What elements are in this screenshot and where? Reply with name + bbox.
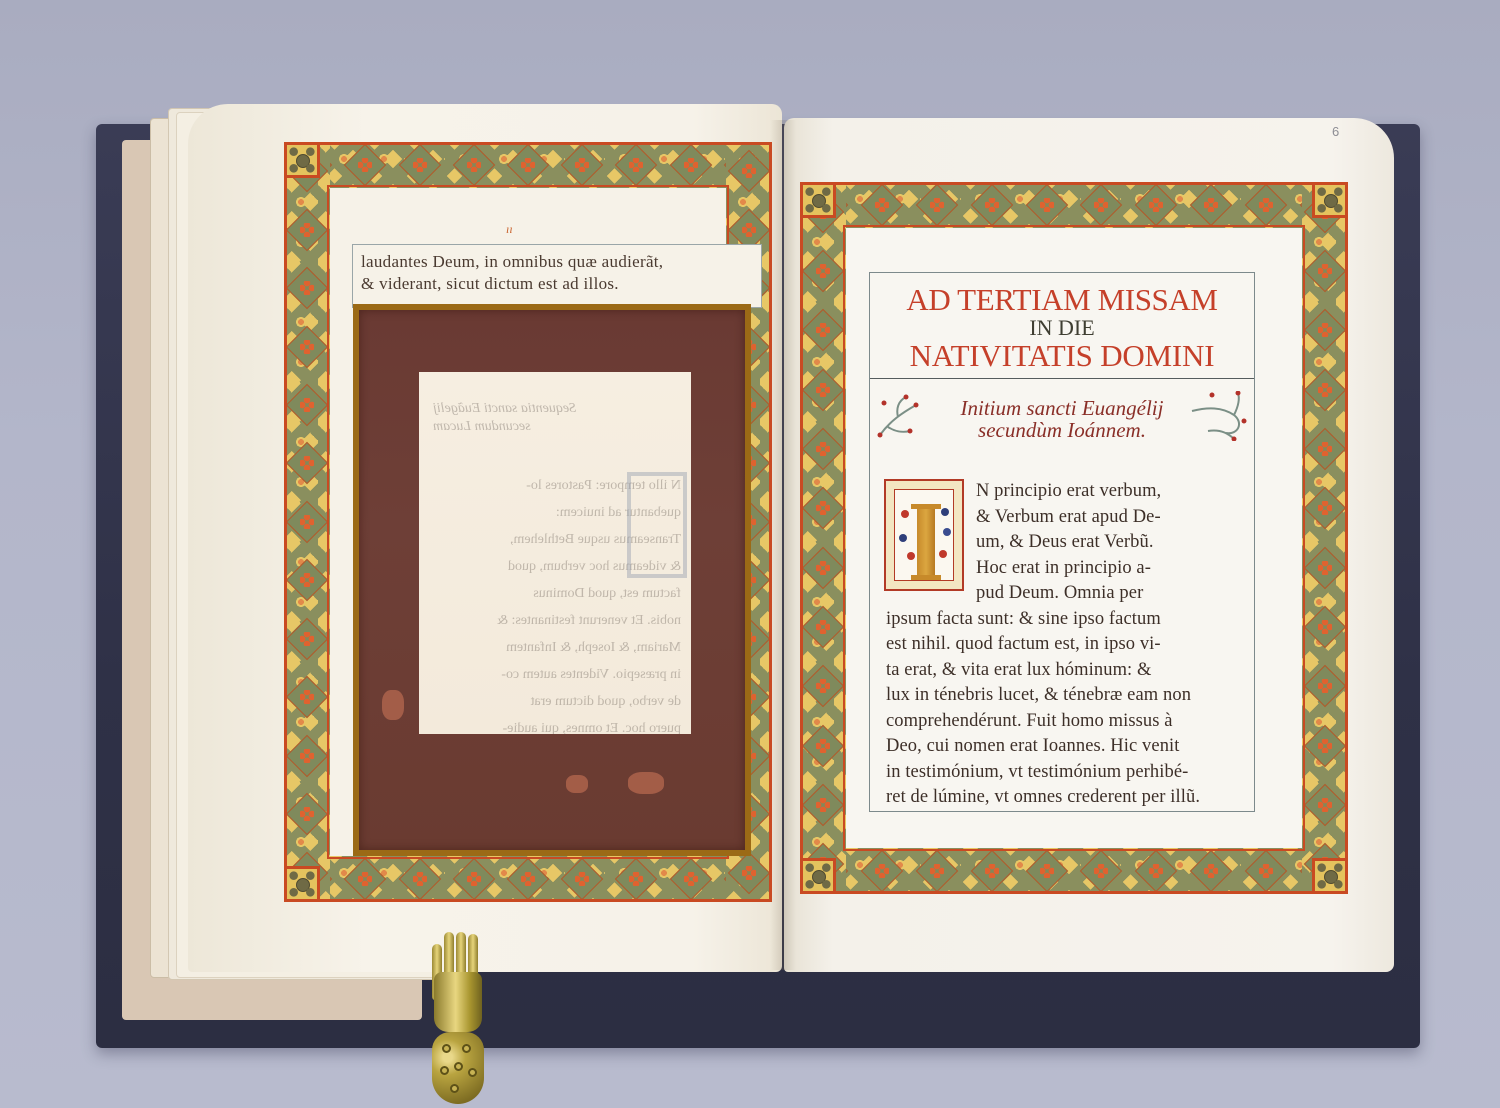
cuff-ornament [442, 1044, 451, 1053]
right-page-text-block: AD TERTIAM MISSAM IN DIE NATIVITATIS DOM… [869, 272, 1255, 812]
page-title: AD TERTIAM MISSAM IN DIE NATIVITATIS DOM… [870, 273, 1254, 379]
text-line: N principio erat verbum, [886, 479, 1248, 505]
corner-boss-icon [1312, 182, 1348, 218]
border-band-top [800, 182, 1348, 228]
text-line: laudantes Deum, in omnibus quæ audierãt, [361, 251, 753, 273]
paint-stain [628, 772, 664, 794]
book-gutter [770, 120, 796, 970]
cuff-ornament [454, 1062, 463, 1071]
corner-boss-icon [800, 182, 836, 218]
show-through-title: Sequentia sancti Euãgelij secundum Lucam [433, 400, 681, 436]
show-through-line: in præsepio. Videntes autem co- [433, 661, 681, 688]
left-page-text-block: laudantes Deum, in omnibus quæ audierãt,… [352, 244, 762, 308]
miniature-window-show-through: Sequentia sancti Euãgelij secundum Lucam… [419, 372, 691, 734]
paint-stain [566, 775, 588, 793]
folio-mark: ıı [506, 222, 513, 237]
cuff-ornament [462, 1044, 471, 1053]
cuff-ornament [450, 1084, 459, 1093]
text-line: & Verbum erat apud De- [886, 505, 1248, 531]
show-through-line: puero hoc. Et omnes, qui audie- [433, 715, 681, 734]
gospel-text: N principio erat verbum, & Verbum erat a… [886, 479, 1248, 811]
rubric-line: Initium sancti Euangélij [870, 397, 1254, 419]
corner-boss-icon [800, 858, 836, 894]
text-line: ta erat, & vita erat lux hóminum: & [886, 658, 1248, 684]
rubric-line: secundùm Ioánnem. [870, 419, 1254, 441]
corner-boss-icon [284, 142, 320, 178]
title-line-1: AD TERTIAM MISSAM [870, 283, 1254, 317]
text-line: & viderant, sicut dictum est ad illos. [361, 273, 753, 295]
corner-boss-icon [284, 866, 320, 902]
text-line: ipsum facta sunt: & sine ipso factum [886, 607, 1248, 633]
text-line: in testimónium, vt testimónium perhibé- [886, 760, 1248, 786]
text-line: lux in ténebris lucet, & ténebræ eam non [886, 683, 1248, 709]
border-band-left [284, 142, 330, 902]
text-line: pud Deum. Omnia per [886, 581, 1248, 607]
text-line: um, & Deus erat Verbũ. [886, 530, 1248, 556]
cuff-ornament [468, 1068, 477, 1077]
clasp-cuff [432, 1032, 484, 1104]
text-line: ret de lúmine, vt omnes crederent per il… [886, 785, 1248, 811]
title-line-2: IN DIE [870, 317, 1254, 339]
show-through-line: de verbo, quod dictum erat [433, 688, 681, 715]
text-line: Deo, cui nomen erat Ioannes. Hic venit [886, 734, 1248, 760]
show-through-initial-box [627, 472, 687, 578]
border-band-bottom [800, 848, 1348, 894]
paint-stain [382, 690, 404, 720]
show-through-line: Mariam, & Ioseph, & Infantem [433, 634, 681, 661]
cuff-ornament [440, 1066, 449, 1075]
corner-boss-icon [1312, 858, 1348, 894]
show-through-title-line: secundum Lucam [433, 418, 681, 436]
rubric-heading: Initium sancti Euangélij secundùm Ioánne… [870, 397, 1254, 449]
hand-clasp[interactable] [430, 932, 488, 1108]
text-line: Hoc erat in principio a- [886, 556, 1248, 582]
show-through-title-line: Sequentia sancti Euãgelij [433, 400, 681, 418]
border-band-top [284, 142, 772, 188]
clasp-palm [434, 972, 482, 1032]
border-band-left [800, 182, 846, 894]
text-line: est nihil. quod factum est, in ipso vi- [886, 632, 1248, 658]
page-number: 6 [1332, 124, 1339, 139]
border-band-right [1302, 182, 1348, 894]
border-band-bottom [284, 856, 772, 902]
show-through-line: factum est, quod Dominus [433, 580, 681, 607]
text-line: comprehendérunt. Fuit homo missus à [886, 709, 1248, 735]
title-line-3: NATIVITATIS DOMINI [870, 339, 1254, 373]
show-through-line: nobis. Et venerunt festinantes: & [433, 607, 681, 634]
